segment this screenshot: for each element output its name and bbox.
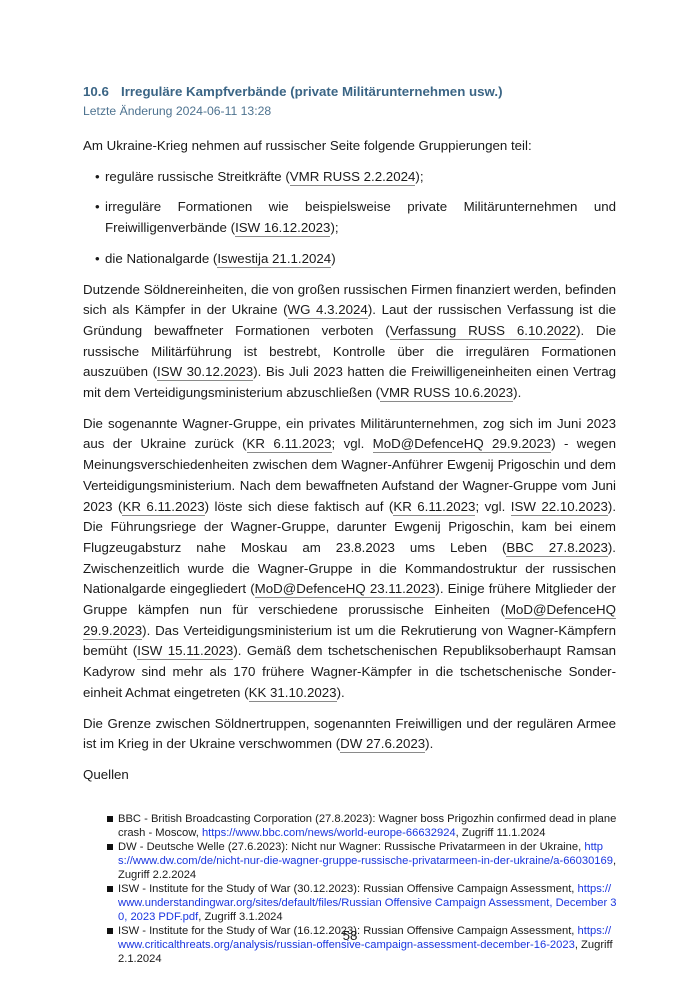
citation-link[interactable]: VMR RUSS 10.6.2023 bbox=[380, 385, 513, 402]
source-item: DW - Deutsche Welle (27.6.2023): Nicht n… bbox=[107, 840, 617, 882]
list-item: die Nationalgarde (Iswestija 21.1.2024) bbox=[95, 249, 616, 270]
section-heading: 10.6Irreguläre Kampfverbände (private Mi… bbox=[83, 83, 616, 101]
list-item: reguläre russische Streitkräfte (VMR RUS… bbox=[95, 167, 616, 188]
citation-link[interactable]: VMR RUSS 2.2.2024 bbox=[290, 169, 416, 186]
citation-link[interactable]: MoD@DefenceHQ 23.11.2023 bbox=[255, 581, 436, 598]
citation-link[interactable]: ISW 16.12.2023 bbox=[235, 220, 330, 237]
source-item: BBC - British Broadcasting Corporation (… bbox=[107, 812, 617, 840]
paragraph-wagner: Die sogenannte Wagner-Gruppe, ein privat… bbox=[83, 414, 616, 704]
list-item: irreguläre Formationen wie beispielsweis… bbox=[95, 197, 616, 238]
section-title: Irreguläre Kampfverbände (private Militä… bbox=[121, 84, 503, 99]
citation-link[interactable]: KK 31.10.2023 bbox=[249, 685, 337, 702]
citation-link[interactable]: KR 6.11.2023 bbox=[393, 499, 475, 516]
citation-link[interactable]: ISW 22.10.2023 bbox=[511, 499, 608, 516]
citation-link[interactable]: BBC 27.8.2023 bbox=[506, 540, 607, 557]
intro-paragraph: Am Ukraine-Krieg nehmen auf russischer S… bbox=[83, 136, 616, 157]
citation-link[interactable]: Iswestija 21.1.2024 bbox=[217, 251, 331, 268]
source-url-link[interactable]: https://www.bbc.com/news/world-europe-66… bbox=[202, 827, 456, 839]
citation-link[interactable]: ISW 30.12.2023 bbox=[157, 364, 253, 381]
document-page: 10.6Irreguläre Kampfverbände (private Mi… bbox=[83, 83, 616, 966]
paragraph-mercenaries: Dutzende Söldnereinheiten, die von große… bbox=[83, 280, 616, 404]
citation-link[interactable]: WG 4.3.2024 bbox=[288, 302, 368, 319]
citation-link[interactable]: Verfassung RUSS 6.10.2022 bbox=[390, 323, 576, 340]
citation-link[interactable]: KR 6.11.2023 bbox=[122, 499, 204, 516]
grouping-list: reguläre russische Streitkräfte (VMR RUS… bbox=[83, 167, 616, 270]
paragraph-boundary: Die Grenze zwischen Söldnertruppen, soge… bbox=[83, 714, 616, 755]
citation-link[interactable]: MoD@DefenceHQ 29.9.2023 bbox=[373, 436, 552, 453]
citation-link[interactable]: DW 27.6.2023 bbox=[340, 736, 425, 753]
source-item: ISW - Institute for the Study of War (30… bbox=[107, 882, 617, 924]
page-number: 58 bbox=[0, 928, 700, 943]
last-change-date: Letzte Änderung 2024-06-11 13:28 bbox=[83, 104, 616, 119]
citation-link[interactable]: ISW 15.11.2023 bbox=[137, 643, 233, 660]
sources-heading: Quellen bbox=[83, 765, 616, 786]
citation-link[interactable]: KR 6.11.2023 bbox=[247, 436, 332, 453]
section-number: 10.6 bbox=[83, 83, 121, 101]
